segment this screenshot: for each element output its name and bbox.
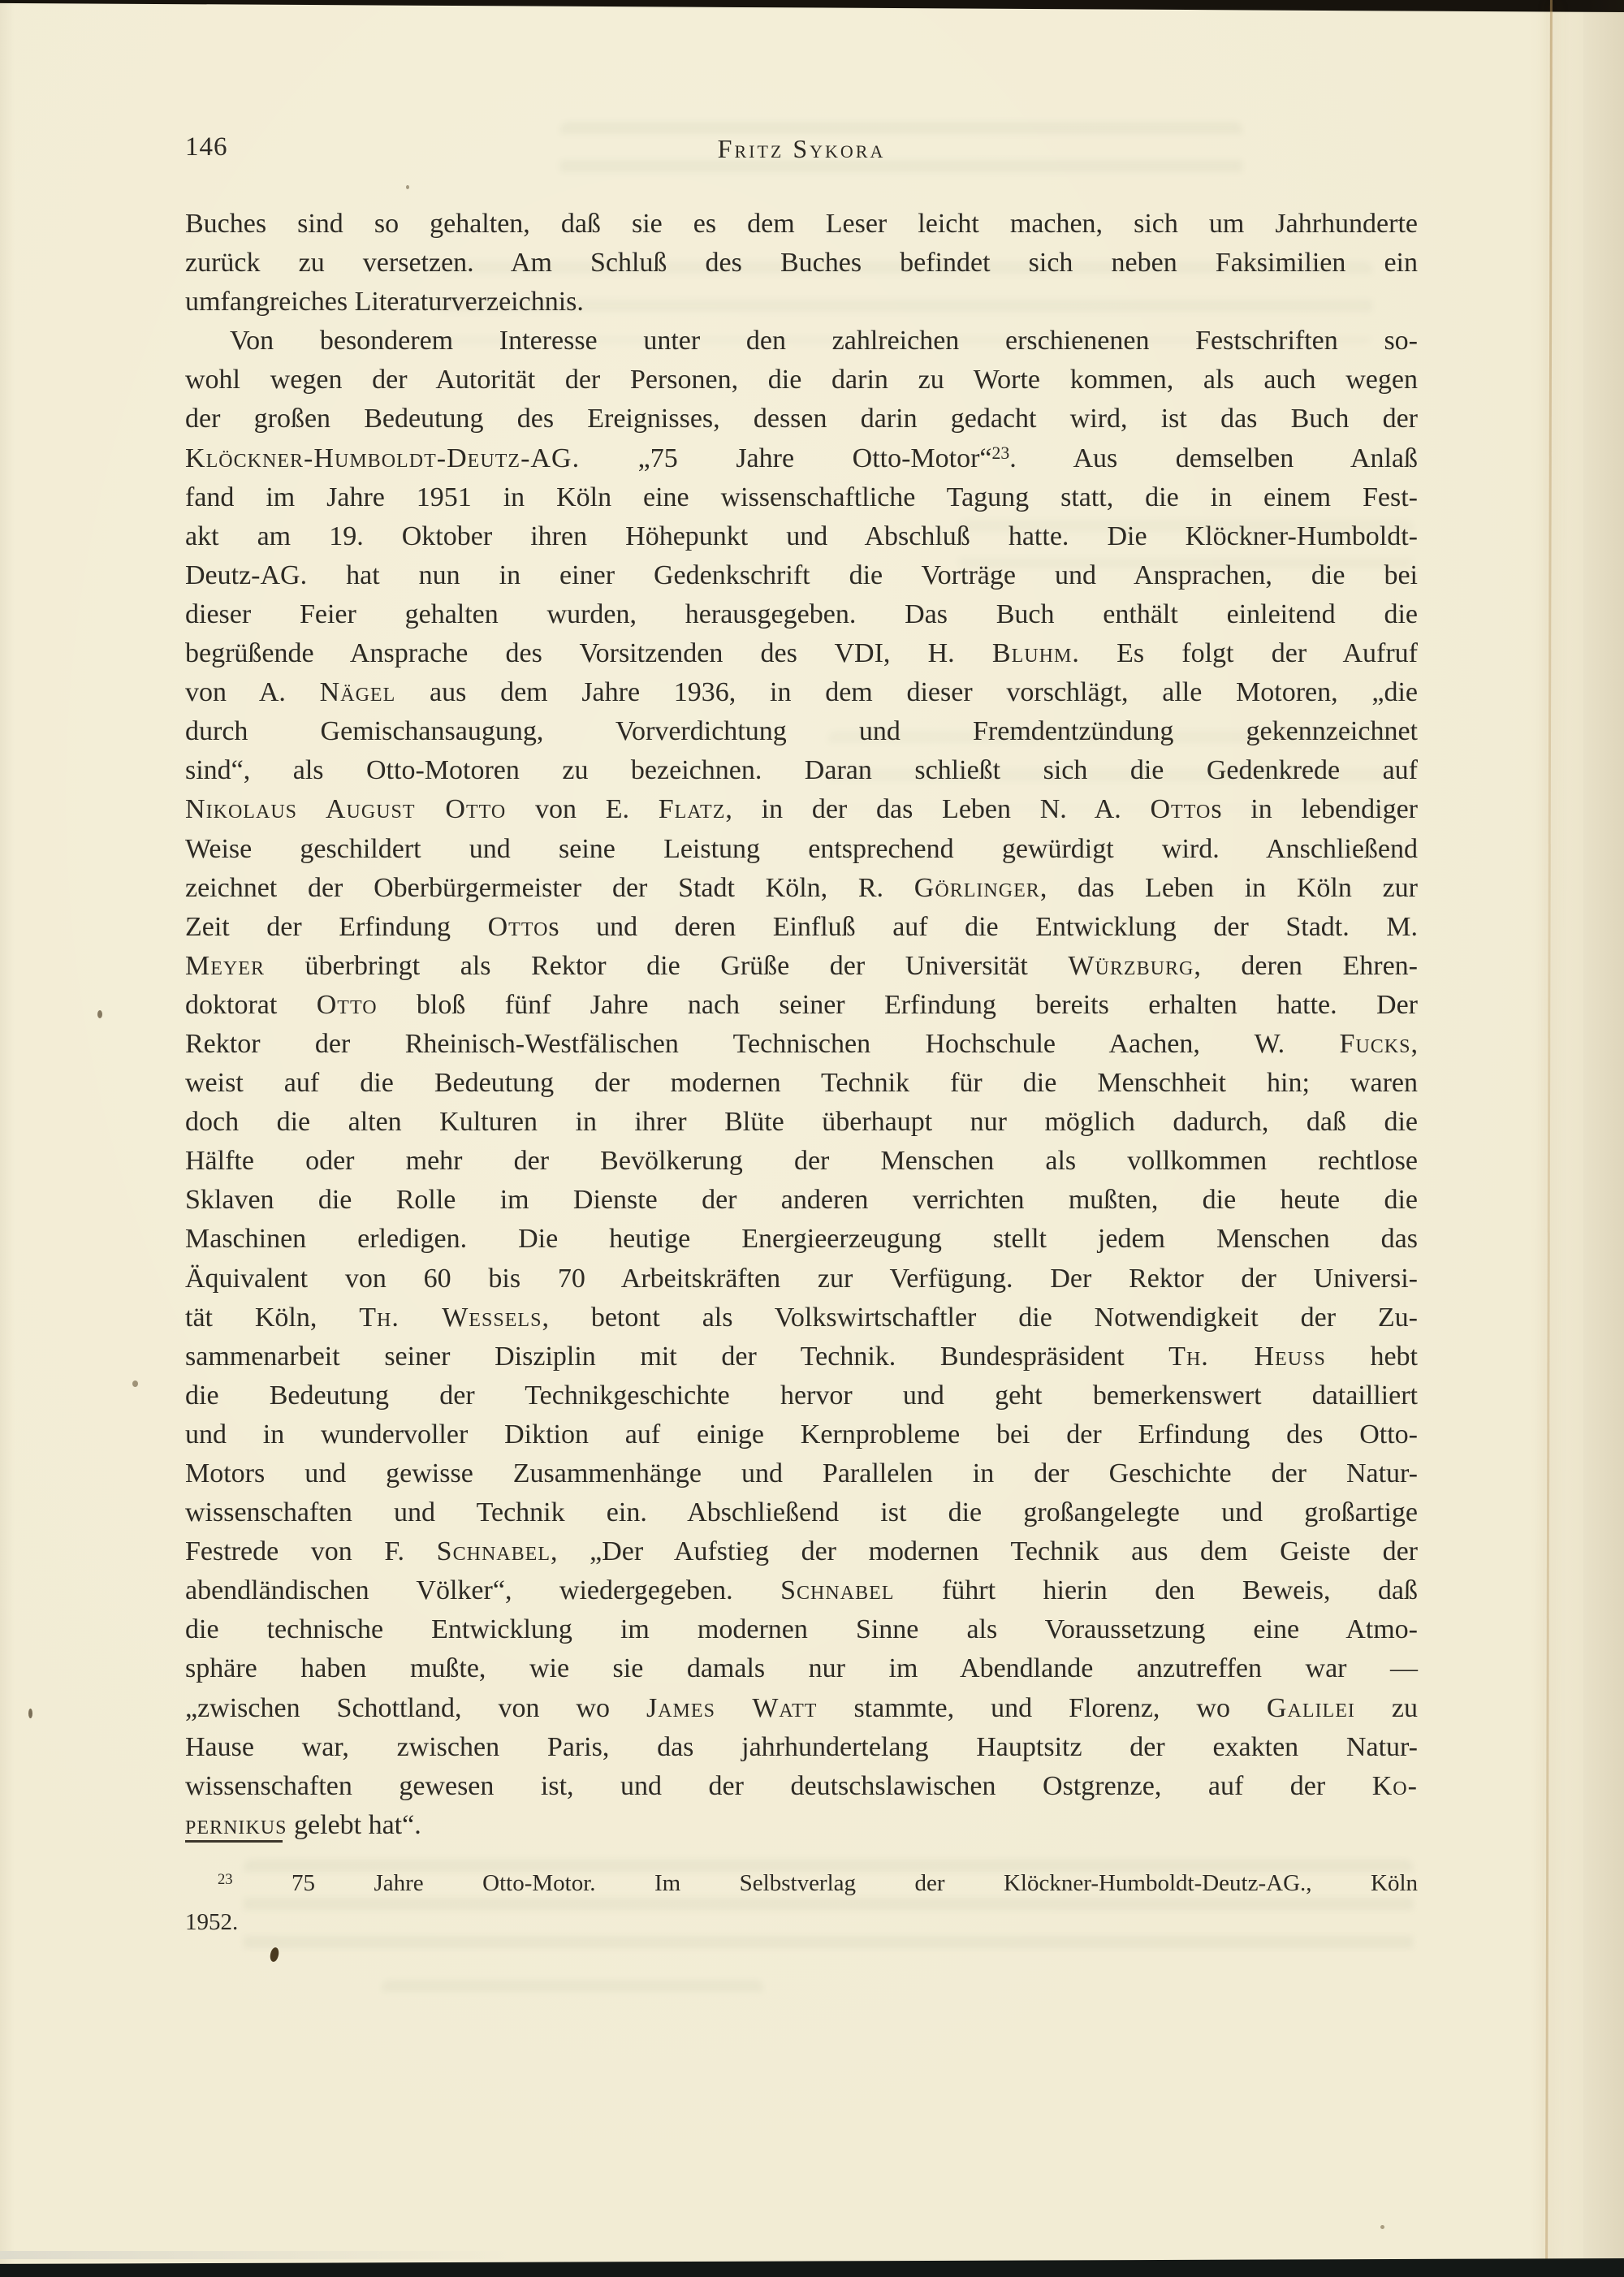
text-line: Festrede von F. Schnabel, „Der Aufstieg … — [185, 1532, 1418, 1571]
text-segment: bloß fünf Jahre nach seiner Erfindung be… — [378, 990, 1418, 1020]
footnote-reference: 23 — [992, 443, 1010, 463]
small-caps-name: Würzburg — [1068, 951, 1194, 981]
text-line: akt am 19. Oktober ihren Höhepunkt und A… — [185, 517, 1418, 556]
text-segment: doktorat — [185, 990, 317, 1020]
text-line: tät Köln, Th. Wessels, betont als Volksw… — [185, 1298, 1418, 1337]
text-segment: „75 Jahre Otto-Motor“ — [580, 443, 991, 473]
text-line: Motors und gewisse Zusammenhänge und Par… — [185, 1454, 1418, 1493]
text-segment: Hälfte oder mehr der Bevölkerung der Men… — [185, 1146, 1418, 1176]
text-line: dieser Feier gehalten wurden, herausgege… — [185, 595, 1418, 634]
text-segment: , deren Ehren- — [1194, 951, 1418, 981]
text-line: Sklaven die Rolle im Dienste der anderen… — [185, 1181, 1418, 1220]
text-segment: Weise geschildert und seine Leistung ent… — [185, 834, 1418, 864]
scan-speck — [269, 1946, 280, 1963]
scan-speck — [28, 1709, 32, 1718]
footnote-reference: 23 — [218, 1871, 233, 1888]
text-line: Meyer überbringt als Rektor die Grüße de… — [185, 947, 1418, 986]
text-segment: sind“, als Otto-Motoren zu bezeichnen. D… — [185, 755, 1418, 785]
scan-speck — [406, 185, 409, 189]
text-segment: wohl wegen der Autorität der Personen, d… — [185, 365, 1418, 395]
text-line: und in wundervoller Diktion auf einige K… — [185, 1415, 1418, 1454]
small-caps-name: Bluhm — [992, 638, 1072, 668]
text-line: umfangreiches Literaturverzeichnis. — [185, 283, 1418, 322]
text-line: zeichnet der Oberbürgermeister der Stadt… — [185, 869, 1418, 908]
text-segment: stammte, und Florenz, wo — [817, 1693, 1266, 1723]
text-segment: Rektor der Rheinisch-Westfälischen Techn… — [185, 1029, 1339, 1059]
text-segment: 75 Jahre Otto-Motor. Im Selbstverlag der… — [233, 1870, 1418, 1896]
text-segment: s in lebendiger — [1211, 794, 1418, 824]
text-line: wohl wegen der Autorität der Personen, d… — [185, 361, 1418, 400]
text-segment: Äquivalent von 60 bis 70 Arbeitskräften … — [185, 1264, 1418, 1294]
small-caps-name: Ko- — [1372, 1771, 1418, 1801]
text-segment: und in wundervoller Diktion auf einige K… — [185, 1419, 1418, 1450]
text-line: der großen Bedeutung des Ereignisses, de… — [185, 400, 1418, 439]
small-caps-name: Nägel — [320, 677, 396, 707]
running-header: Fritz Sykora — [185, 136, 1418, 162]
text-segment: . Es folgt der Aufruf — [1072, 638, 1418, 668]
text-segment: fand im Jahre 1951 in Köln eine wissensc… — [185, 482, 1418, 512]
text-line: Maschinen erledigen. Die heutige Energie… — [185, 1220, 1418, 1259]
small-caps-name: Meyer — [185, 951, 265, 981]
text-segment: die Bedeutung der Technikgeschichte herv… — [185, 1380, 1418, 1411]
text-segment: Von besonderem Interesse unter den zahlr… — [230, 326, 1418, 356]
small-caps-name: Th. Heuss — [1168, 1342, 1326, 1372]
small-caps-name: Klöckner-Humboldt-Deutz-AG. — [185, 443, 580, 473]
text-line: Deutz-AG. hat nun in einer Gedenkschrift… — [185, 556, 1418, 595]
text-segment: die technische Entwicklung im modernen S… — [185, 1614, 1418, 1644]
footnote-rule — [185, 1840, 283, 1843]
scanned-page: { "page": { "number": "146", "running_he… — [0, 0, 1624, 2277]
text-line: Nikolaus August Otto von E. Flatz, in de… — [185, 790, 1418, 829]
text-segment: sammenarbeit seiner Disziplin mit der Te… — [185, 1342, 1168, 1372]
text-segment: s und deren Einfluß auf die Entwicklung … — [548, 912, 1418, 942]
text-line: die technische Entwicklung im modernen S… — [185, 1610, 1418, 1649]
text-line: Äquivalent von 60 bis 70 Arbeitskräften … — [185, 1259, 1418, 1298]
text-segment: , — [1411, 1029, 1419, 1059]
page-bottom-edge-highlight — [0, 2251, 520, 2259]
text-line: Zeit der Erfindung Ottos und deren Einfl… — [185, 908, 1418, 947]
text-segment: , betont als Volkswirtschaftler die Notw… — [542, 1303, 1418, 1333]
text-segment: durch Gemischansaugung, Vorverdichtung u… — [185, 716, 1418, 746]
text-segment: . Aus demselben Anlaß — [1009, 443, 1418, 473]
text-segment: Sklaven die Rolle im Dienste der anderen… — [185, 1185, 1418, 1215]
text-segment: aus dem Jahre 1936, in dem dieser vorsch… — [395, 677, 1418, 707]
small-caps-name: Galilei — [1267, 1693, 1355, 1723]
text-segment: von A. — [185, 677, 320, 707]
text-segment: , in der das Leben N. A. — [725, 794, 1150, 824]
text-segment: akt am 19. Oktober ihren Höhepunkt und A… — [185, 521, 1418, 551]
page-background: 146 Fritz Sykora Buches sind so gehalten… — [0, 0, 1624, 2277]
text-segment: , das Leben in Köln zur — [1040, 873, 1418, 903]
text-line: 1952. — [185, 1903, 1418, 1942]
text-segment: Motors und gewisse Zusammenhänge und Par… — [185, 1458, 1418, 1488]
text-segment: begrüßende Ansprache des Vorsitzenden de… — [185, 638, 992, 668]
scan-speck — [132, 1380, 138, 1387]
text-segment: „zwischen Schottland, von wo — [185, 1693, 646, 1723]
text-segment: führt hierin den Beweis, daß — [894, 1575, 1418, 1605]
text-segment: Buches sind so gehalten, daß sie es dem … — [185, 209, 1418, 239]
scan-top-edge — [0, 0, 1624, 12]
scan-speck — [97, 1010, 102, 1018]
page-gutter-crease — [1545, 0, 1553, 2277]
text-segment: hebt — [1326, 1342, 1418, 1372]
text-segment: doch die alten Kulturen in ihrer Blüte ü… — [185, 1107, 1418, 1137]
text-line: die Bedeutung der Technikgeschichte herv… — [185, 1376, 1418, 1415]
text-line: zurück zu versetzen. Am Schluß des Buche… — [185, 244, 1418, 283]
text-segment: Zeit der Erfindung — [185, 912, 488, 942]
small-caps-name: Schnabel — [437, 1536, 551, 1566]
text-segment: wissenschaften gewesen ist, und der deut… — [185, 1771, 1372, 1801]
text-line: von A. Nägel aus dem Jahre 1936, in dem … — [185, 673, 1418, 712]
text-line: Hälfte oder mehr der Bevölkerung der Men… — [185, 1142, 1418, 1181]
text-line: weist auf die Bedeutung der modernen Tec… — [185, 1064, 1418, 1103]
small-caps-name: Görlinger — [914, 873, 1040, 903]
text-segment: Deutz-AG. hat nun in einer Gedenkschrift… — [185, 560, 1418, 590]
text-line: „zwischen Schottland, von wo James Watt … — [185, 1689, 1418, 1728]
small-caps-name: Otto — [317, 990, 378, 1020]
text-line: doktorat Otto bloß fünf Jahre nach seine… — [185, 986, 1418, 1025]
small-caps-name: Fucks — [1339, 1029, 1410, 1059]
paragraph: Von besonderem Interesse unter den zahlr… — [185, 322, 1418, 1845]
text-line: doch die alten Kulturen in ihrer Blüte ü… — [185, 1103, 1418, 1142]
small-caps-name: pernikus — [185, 1810, 287, 1840]
footnote: 23 75 Jahre Otto-Motor. Im Selbstverlag … — [185, 1864, 1418, 1942]
text-line: fand im Jahre 1951 in Köln eine wissensc… — [185, 478, 1418, 517]
text-segment: zeichnet der Oberbürgermeister der Stadt… — [185, 873, 914, 903]
text-segment: , „Der Aufstieg der modernen Technik aus… — [551, 1536, 1418, 1566]
text-line: durch Gemischansaugung, Vorverdichtung u… — [185, 712, 1418, 751]
text-segment: tät Köln, — [185, 1303, 359, 1333]
text-line: Hause war, zwischen Paris, das jahrhunde… — [185, 1728, 1418, 1767]
body-text: Buches sind so gehalten, daß sie es dem … — [185, 205, 1418, 1845]
small-caps-name: Nikolaus August Otto — [185, 794, 506, 824]
text-segment: umfangreiches Literaturverzeichnis. — [185, 287, 584, 317]
text-line: begrüßende Ansprache des Vorsitzenden de… — [185, 634, 1418, 673]
scan-bottom-edge — [0, 2258, 1624, 2277]
text-segment: Hause war, zwischen Paris, das jahrhunde… — [185, 1732, 1418, 1762]
small-caps-name: Th. Wessels — [359, 1303, 542, 1333]
showthrough-ghost — [382, 1980, 763, 2007]
paragraph: Buches sind so gehalten, daß sie es dem … — [185, 205, 1418, 322]
text-segment: Maschinen erledigen. Die heutige Energie… — [185, 1224, 1418, 1254]
text-line: Klöckner-Humboldt-Deutz-AG. „75 Jahre Ot… — [185, 439, 1418, 478]
text-segment: gelebt hat“. — [287, 1810, 421, 1840]
small-caps-name: Flatz — [659, 794, 726, 824]
text-segment: sphäre haben mußte, wie sie damals nur i… — [185, 1653, 1418, 1683]
scan-speck — [1380, 2225, 1384, 2229]
small-caps-name: James Watt — [646, 1693, 818, 1723]
text-line: wissenschaften und Technik ein. Abschlie… — [185, 1493, 1418, 1532]
text-line: sphäre haben mußte, wie sie damals nur i… — [185, 1649, 1418, 1688]
text-line: sammenarbeit seiner Disziplin mit der Te… — [185, 1337, 1418, 1376]
text-segment: weist auf die Bedeutung der modernen Tec… — [185, 1068, 1418, 1098]
text-segment: wissenschaften und Technik ein. Abschlie… — [185, 1497, 1418, 1527]
small-caps-name: Otto — [1150, 794, 1211, 824]
page-gutter-shadow — [1583, 0, 1624, 2277]
text-line: sind“, als Otto-Motoren zu bezeichnen. D… — [185, 751, 1418, 790]
text-segment: der großen Bedeutung des Ereignisses, de… — [185, 404, 1418, 434]
text-line: wissenschaften gewesen ist, und der deut… — [185, 1767, 1418, 1806]
text-segment: 1952. — [185, 1909, 238, 1935]
text-line: 23 75 Jahre Otto-Motor. Im Selbstverlag … — [185, 1864, 1418, 1903]
text-segment: zu — [1355, 1693, 1418, 1723]
text-line: pernikus gelebt hat“. — [185, 1806, 1418, 1845]
text-line: Buches sind so gehalten, daß sie es dem … — [185, 205, 1418, 244]
text-segment: abendländischen Völker“, wiedergegeben. — [185, 1575, 780, 1605]
text-line: abendländischen Völker“, wiedergegeben. … — [185, 1571, 1418, 1610]
text-line: Weise geschildert und seine Leistung ent… — [185, 830, 1418, 869]
small-caps-name: Schnabel — [780, 1575, 894, 1605]
text-segment: von E. — [506, 794, 659, 824]
small-caps-name: Otto — [488, 912, 549, 942]
text-line: Rektor der Rheinisch-Westfälischen Techn… — [185, 1025, 1418, 1064]
text-segment: zurück zu versetzen. Am Schluß des Buche… — [185, 248, 1418, 278]
text-segment: Festrede von F. — [185, 1536, 437, 1566]
text-segment: dieser Feier gehalten wurden, herausgege… — [185, 599, 1418, 629]
text-segment: überbringt als Rektor die Grüße der Univ… — [265, 951, 1068, 981]
text-line: Von besonderem Interesse unter den zahlr… — [185, 322, 1418, 361]
